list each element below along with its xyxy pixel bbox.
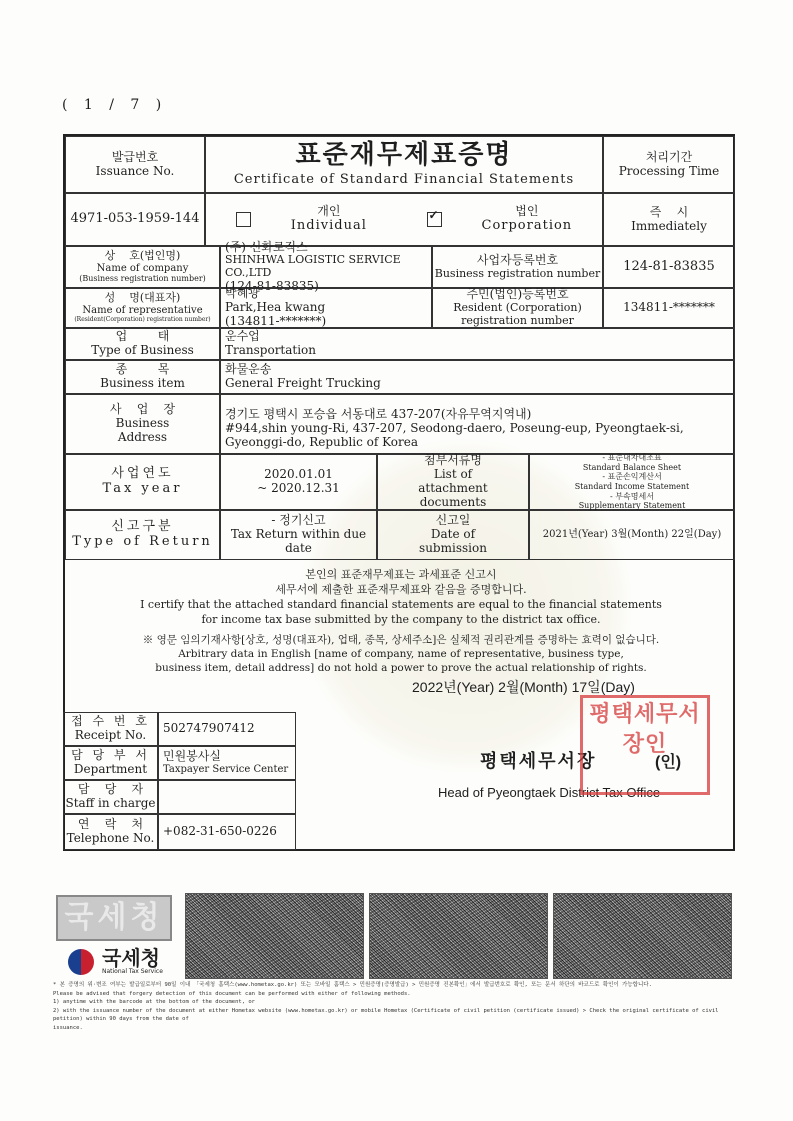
certification-ko: 본인의 표준재무제표는 과세표준 신고시 세무서에 제출한 표준재무제표와 같음… (65, 568, 737, 598)
processing-label-ko: 처리기간 (646, 151, 692, 165)
brn-value: 124-81-83835 (603, 246, 735, 288)
company-name-value: (주) 신화로직스 SHINHWA LOGISTIC SERVICE CO.,L… (220, 246, 432, 288)
representative-value: 박혜광 Park,Hea kwang (134811-*******) (220, 288, 432, 328)
representative-label: 성 명(대표자) Name of representative (Residen… (65, 288, 220, 328)
cert-ko-line2: 세무서에 제출한 표준재무제표와 같음을 증명합니다. (65, 583, 737, 598)
attachment-1-en: Standard Balance Sheet (583, 463, 681, 473)
disclaimer-en1: Arbitrary data in English [name of compa… (65, 647, 737, 661)
attachment-3-ko: - 부속명세서 (610, 492, 654, 502)
taxpayer-type: 개인 Individual 법인 Corporation (205, 193, 603, 246)
tax-year-from: 2020.01.01 (264, 468, 333, 482)
business-item-value: 화물운송 General Freight Trucking (220, 360, 735, 394)
2d-barcode-1 (185, 893, 364, 979)
attachments-label-en1: List of (434, 468, 472, 482)
attachments-label-en3: documents (420, 496, 487, 510)
footnote-line3: 1) anytime with the barcode at the botto… (53, 998, 733, 1007)
address-value: 경기도 평택시 포승읍 서동대로 437-207(자유무역지역내) #944,s… (220, 394, 735, 454)
page-indicator: ( 1 / 7 ) (62, 97, 167, 113)
address-label-en1: Business (116, 417, 170, 431)
processing-value-ko: 즉 시 (650, 206, 688, 220)
corporation-label-en: Corporation (482, 219, 573, 234)
department-label-en: Department (74, 763, 147, 777)
tax-year-label-ko: 사업연도 (111, 467, 173, 482)
submission-label-en1: Date of (431, 528, 475, 542)
tax-year-value: 2020.01.01 ~ 2020.12.31 (220, 454, 377, 510)
rrn-value-text: 134811-******* (623, 301, 715, 315)
business-item-en: General Freight Trucking (225, 377, 381, 391)
business-type-value: 운수업 Transportation (220, 328, 735, 360)
nts-watermark-box: 국세청 (56, 895, 172, 941)
footnote-line2: Please be advised that forgery detection… (53, 990, 733, 999)
staff-label: 담 당 자 Staff in charge (63, 780, 158, 814)
address-label-ko: 사 업 장 (110, 403, 175, 417)
business-type-en: Transportation (225, 344, 316, 358)
return-type-label: 신고구분 Type of Return (65, 510, 220, 560)
submission-date-value: 2021년(Year) 3월(Month) 22일(Day) (543, 529, 721, 541)
company-name-label-ko: 상 호(법인명) (105, 250, 181, 263)
rep-name-en: Park,Hea kwang (225, 301, 325, 315)
submission-label-en2: submission (419, 542, 487, 556)
department-label-ko: 담 당 부 서 (71, 749, 150, 763)
2d-barcode-3 (553, 893, 732, 979)
staff-label-ko: 담 당 자 (78, 783, 143, 797)
business-item-ko: 화물운송 (225, 363, 271, 377)
option-corporation[interactable]: 법인 Corporation (427, 205, 573, 234)
stamp-text: 평택세무서장인 (589, 702, 700, 757)
option-individual[interactable]: 개인 Individual (236, 205, 367, 234)
issuance-label: 발급번호 Issuance No. (65, 136, 205, 193)
return-type-label-ko: 신고구분 (111, 520, 173, 535)
telephone-label: 연 락 처 Telephone No. (63, 814, 158, 850)
submission-date: 2021년(Year) 3월(Month) 22일(Day) (529, 510, 735, 560)
business-item-label-ko: 종 목 (116, 363, 170, 377)
business-item-label-en: Business item (100, 377, 185, 391)
individual-label-en: Individual (291, 219, 367, 234)
business-type-label-en: Type of Business (91, 344, 194, 358)
business-type-ko: 운수업 (225, 330, 260, 344)
tax-office-name-ko: 평택세무서장 (480, 747, 596, 773)
2d-barcode-2 (369, 893, 548, 979)
company-name-en: SHINHWA LOGISTIC SERVICE CO.,LTD (225, 254, 431, 279)
attachments-label: 첨부서류명 List of attachment documents (377, 454, 529, 510)
return-type-ko: - 정기신고 (271, 514, 325, 528)
nts-logo-ko: 국세청 (102, 948, 163, 968)
brn-label-ko: 사업자등록번호 (477, 254, 558, 268)
processing-time-value: 즉 시 Immediately (603, 193, 735, 246)
address-en1: #944,shin young-Ri, 437-207, Seodong-dae… (225, 422, 684, 436)
return-type-label-en: Type of Return (72, 535, 213, 550)
receipt-label-en: Receipt No. (75, 729, 146, 743)
rrn-value: 134811-******* (603, 288, 735, 328)
rep-name-ko: 박혜광 (225, 287, 260, 301)
footnote-line4: 2) with the issuance number of the docum… (53, 1007, 733, 1024)
return-type-en1: Tax Return within due (231, 528, 366, 542)
issuance-number-value: 4971-053-1959-144 (71, 212, 200, 227)
nts-box-text: 국세청 (65, 900, 164, 935)
department-value: 민원봉사실 Taxpayer Service Center (158, 746, 296, 780)
telephone-label-ko: 연 락 처 (78, 818, 143, 832)
attachments-label-en2: attachment (418, 482, 487, 496)
telephone-label-en: Telephone No. (67, 832, 155, 846)
issue-date: 2022년(Year) 2월(Month) 17일(Day) (412, 677, 635, 697)
department-en: Taxpayer Service Center (163, 764, 288, 776)
company-name-ko: (주) 신화로직스 (225, 241, 308, 255)
telephone-number: +082-31-650-0226 (163, 825, 277, 839)
return-type-value: - 정기신고 Tax Return within due date (220, 510, 377, 560)
individual-label-ko: 개인 (317, 205, 340, 219)
address-label: 사 업 장 Business Address (65, 394, 220, 454)
corporation-checkbox[interactable] (427, 212, 442, 227)
attachment-2-ko: - 표준손익계산서 (602, 472, 661, 482)
telephone-value: +082-31-650-0226 (158, 814, 296, 850)
issuance-label-en: Issuance No. (96, 165, 175, 179)
rep-label-ko: 성 명(대표자) (105, 292, 181, 305)
rrn-label: 주민(법인)등록번호 Resident (Corporation) regist… (432, 288, 603, 328)
attachments-list: - 표준대차대조표 Standard Balance Sheet - 표준손익계… (529, 454, 735, 510)
receipt-value: 502747907412 (158, 712, 296, 746)
title-en: Certificate of Standard Financial Statem… (234, 173, 574, 188)
rep-reg-number: (134811-*******) (225, 315, 326, 329)
nts-logo: 국세청 National Tax Service (68, 948, 163, 975)
attachments-label-ko: 첨부서류명 (424, 454, 482, 468)
disclaimer-en2: business item, detail address] do not ho… (65, 661, 737, 675)
rep-label-en: Name of representative (82, 305, 202, 317)
footnote-line1: * 본 증명의 위·변조 여부는 발급일로부터 90일 이내 「국세청 홈택스(… (53, 981, 733, 990)
english-disclaimer: ※ 영문 임의기재사항[상호, 성명(대표자), 업태, 종목, 상세주소]은 … (65, 633, 737, 676)
return-type-en2: date (285, 542, 312, 556)
staff-value (158, 780, 296, 814)
rep-label-sub: (Resident(Corporation) registration numb… (74, 317, 210, 324)
taegeuk-emblem-icon (68, 949, 94, 975)
brn-label-en: Business registration number (435, 268, 600, 281)
rrn-label-ko: 주민(법인)등록번호 (466, 288, 568, 302)
department-label: 담 당 부 서 Department (63, 746, 158, 780)
verification-footnote: * 본 증명의 위·변조 여부는 발급일로부터 90일 이내 「국세청 홈택스(… (53, 981, 733, 1032)
tax-year-label: 사업연도 Tax year (65, 454, 220, 510)
business-item-label: 종 목 Business item (65, 360, 220, 394)
receipt-label-ko: 접 수 번 호 (71, 715, 150, 729)
cert-en-line2: for income tax base submitted by the com… (65, 613, 737, 628)
attachment-2-en: Standard Income Statement (575, 482, 690, 492)
corporation-label-ko: 법인 (515, 205, 538, 219)
brn-value-text: 124-81-83835 (623, 260, 715, 275)
address-label-en2: Address (118, 431, 167, 445)
individual-checkbox[interactable] (236, 212, 251, 227)
title-ko: 표준재무제표증명 (296, 141, 513, 171)
processing-value-en: Immediately (631, 220, 707, 234)
company-name-label-en: Name of company (97, 263, 189, 275)
company-name-label-sub: (Business registration number) (79, 274, 206, 283)
rrn-label-en2: registration number (461, 315, 574, 328)
receipt-label: 접 수 번 호 Receipt No. (63, 712, 158, 746)
receipt-number: 502747907412 (163, 722, 255, 736)
disclaimer-ko: ※ 영문 임의기재사항[상호, 성명(대표자), 업태, 종목, 상세주소]은 … (65, 633, 737, 647)
business-type-label: 업 태 Type of Business (65, 328, 220, 360)
tax-year-label-en: Tax year (103, 482, 183, 497)
staff-label-en: Staff in charge (65, 797, 155, 811)
nts-logo-en: National Tax Service (102, 968, 163, 975)
submission-label-ko: 신고일 (436, 514, 471, 528)
processing-label-en: Processing Time (619, 165, 720, 179)
cert-en-line1: I certify that the attached standard fin… (65, 598, 737, 613)
issuance-number: 4971-053-1959-144 (65, 193, 205, 246)
submission-label: 신고일 Date of submission (377, 510, 529, 560)
official-seal-stamp: 평택세무서장인 (580, 695, 710, 795)
seal-mark: (인) (655, 749, 681, 772)
company-name-label: 상 호(법인명) Name of company (Business regis… (65, 246, 220, 288)
document-title: 표준재무제표증명 Certificate of Standard Financi… (205, 136, 603, 193)
address-en2: Gyeonggi-do, Republic of Korea (225, 436, 418, 450)
cert-ko-line1: 본인의 표준재무제표는 과세표준 신고시 (65, 568, 737, 583)
rrn-label-en1: Resident (Corporation) (453, 302, 582, 315)
footnote-line5: issuance. (53, 1024, 733, 1033)
address-ko: 경기도 평택시 포승읍 서동대로 437-207(자유무역지역내) (225, 408, 531, 422)
brn-label: 사업자등록번호 Business registration number (432, 246, 603, 288)
issuance-label-ko: 발급번호 (112, 151, 158, 165)
certification-en: I certify that the attached standard fin… (65, 598, 737, 628)
tax-year-to: ~ 2020.12.31 (257, 482, 340, 496)
department-ko: 민원봉사실 (163, 750, 221, 764)
attachment-1-ko: - 표준대차대조표 (602, 453, 661, 463)
business-type-label-ko: 업 태 (116, 330, 170, 344)
processing-time-label: 처리기간 Processing Time (603, 136, 735, 193)
